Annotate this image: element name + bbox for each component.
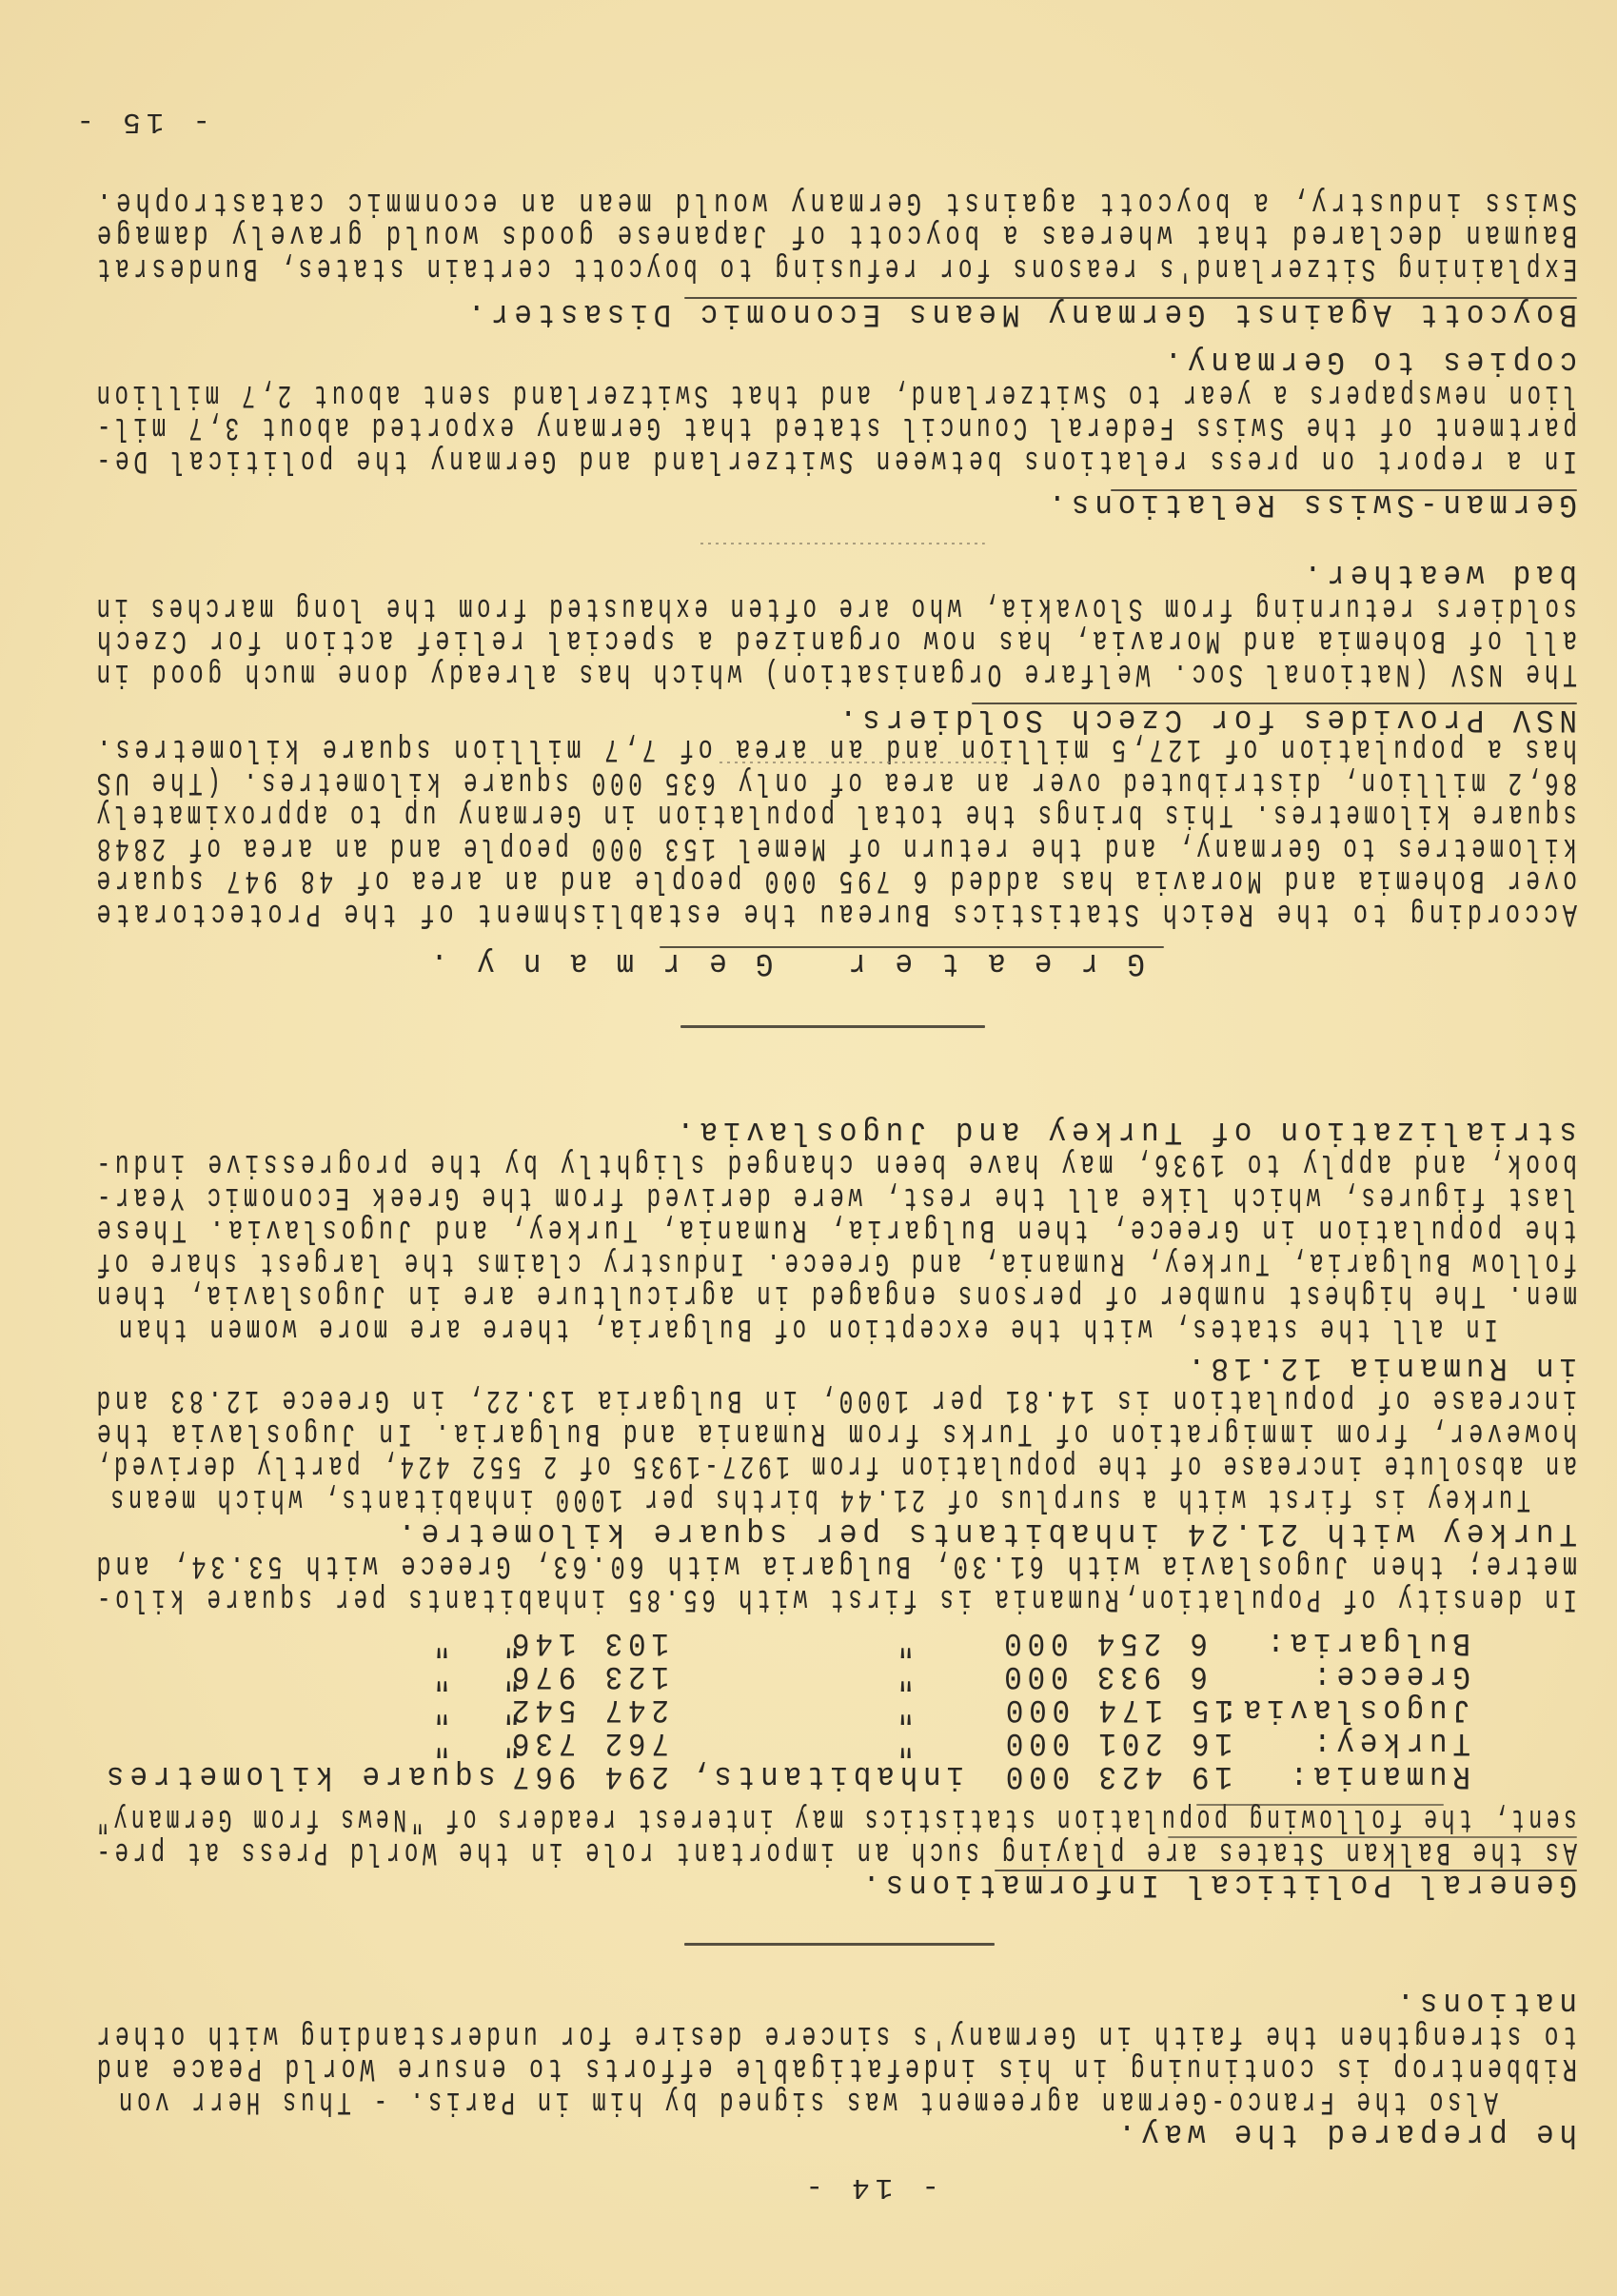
population-cell: 6 254 000 <box>998 1624 1208 1660</box>
table-row: Turkey: 16 201 000 " 762 736 " " <box>0 1724 1617 1760</box>
paragraph-line: metre; then Jugoslavia with 61.30, Bulga… <box>360 1547 1577 1584</box>
population-cell: 15 174 000 <box>1000 1691 1232 1727</box>
paragraph-line: Turkey is first with a surplus of 21.44 … <box>439 1479 1577 1516</box>
section-separator <box>684 1943 995 1946</box>
heading-underline <box>1111 489 1577 491</box>
paragraph-line: 86,2 million, distributed over an area o… <box>405 762 1577 800</box>
heading-underline <box>684 297 1577 299</box>
table-row: Bulgaria: 6 254 000 " 103 146 " " <box>0 1624 1617 1660</box>
paragraph-line: nations. <box>92 1984 1577 2021</box>
population-cell: 19 423 000 <box>1000 1757 1232 1793</box>
paragraph-line: last figures, which like all the rest, w… <box>405 1178 1577 1215</box>
country-cell: Jugoslavia: <box>1215 1691 1470 1727</box>
table-row: Jugoslavia: 15 174 000 " 247 542 " " <box>0 1691 1617 1727</box>
area-unit-cell: " " <box>427 1691 521 1727</box>
paragraph-line: increase of population is 14.81 per 1000… <box>390 1381 1577 1418</box>
paragraph-line: In all the states, with the exception of… <box>413 1309 1577 1346</box>
population-unit-cell: " <box>892 1691 915 1727</box>
paragraph-line: book, and apply to 1936, may have been c… <box>390 1145 1577 1182</box>
paragraph-line: all of Bohemia and Moravia, has now orga… <box>376 622 1577 659</box>
density-paragraph: In density of Population,Rumania is firs… <box>92 1516 1577 1615</box>
country-cell: Turkey: <box>1308 1724 1470 1760</box>
population-cell: 16 201 000 <box>1000 1724 1232 1760</box>
paragraph-line: Also the Franco-German agreement was sig… <box>413 2082 1577 2119</box>
paragraph-line: lion newspapers a year to Switzerland, a… <box>420 375 1577 412</box>
area-cell: 123 976 <box>506 1657 669 1693</box>
heading-underline <box>660 946 1164 948</box>
section-separator <box>700 543 985 544</box>
document-page: - 14 - he prepared the way. Also the Fra… <box>0 0 1617 2296</box>
population-unit-cell: " <box>892 1724 915 1760</box>
area-cell: 247 542 <box>506 1691 669 1727</box>
boycott-paragraph: Explaining Sitzerland's reasons for refu… <box>92 186 1577 285</box>
area-cell: 103 146 <box>506 1624 669 1660</box>
paragraph-line: over Bohemia and Moravia has added 6 795… <box>390 861 1577 899</box>
paragraph-line: Ribbentrop is continuing in his indefati… <box>376 2049 1577 2087</box>
paragraph-line: Turkey with 21.24 inhabitants per square… <box>92 1514 1577 1551</box>
section-heading-nsv: NSV Provides for Czech Soldiers. <box>834 701 1577 737</box>
area-cell: 762 736 <box>506 1724 669 1760</box>
paragraph-line: follow Bulgaria, Turkey, Rumania, and Gr… <box>420 1243 1577 1280</box>
area-cell: 294 967 <box>506 1757 669 1793</box>
area-unit-cell: " " <box>427 1724 521 1760</box>
section-heading-greater-germany: G r e a t e r G e r m a n y . <box>425 944 1146 980</box>
population-unit-cell: inhabitants, <box>685 1757 964 1793</box>
paragraph-line: Swiss industry, a boycott against German… <box>345 183 1577 220</box>
page-number-15: - 15 - <box>71 105 210 137</box>
section-separator <box>719 762 1004 763</box>
population-unit-cell: " <box>892 1624 915 1660</box>
paragraph-line: in Rumania 12.18. <box>92 1348 1577 1385</box>
paragraph-line: Bauman declared that whereas a boycott o… <box>345 216 1577 253</box>
table-row: Rumania: 19 423 000 inhabitants, 294 967… <box>0 1757 1617 1793</box>
paragraph-line: to strengthen the faith in Germany's sin… <box>390 2016 1577 2053</box>
underline-following <box>1196 1804 1444 1806</box>
underline-balkan-states <box>1168 1836 1577 1838</box>
paragraph-line: According to the Reich Statistics Bureau… <box>360 894 1577 931</box>
paragraph-line: The NSV (National Soc. Welfare Organisat… <box>390 654 1577 691</box>
paragraph-line: As the Balkan States are playing such an… <box>420 1832 1577 1870</box>
paragraph-line: strialization of Turkey and Jugoslavia. <box>92 1112 1577 1149</box>
paragraph-line: partment of the Swiss Federal Council st… <box>405 408 1577 445</box>
population-cell: 6 933 000 <box>998 1657 1208 1693</box>
paragraph-line: In density of Population,Rumania is firs… <box>405 1579 1577 1616</box>
german-swiss-paragraph: In a report on press relations between S… <box>92 345 1577 476</box>
paragraph-line: soldiers returning from Slovakia, who ar… <box>420 588 1577 625</box>
heading-underline <box>972 703 1577 704</box>
paragraph-line: Explaining Sitzerland's reasons for refu… <box>405 248 1577 286</box>
balkan-intro: As the Balkan States are playing such an… <box>92 1802 1577 1868</box>
paragraph-line: In a report on press relations between S… <box>390 441 1577 478</box>
country-cell: Greece: <box>1308 1657 1470 1693</box>
ribbentrop-paragraph: Also the Franco-German agreement was sig… <box>92 1986 1577 2117</box>
paragraph-line: however, from immigration of Turks from … <box>376 1414 1577 1451</box>
section-heading-boycott: Boycott Against Germany Means Economic D… <box>463 295 1577 331</box>
paragraph-line: the population in Greece, then Bulgaria,… <box>376 1211 1577 1248</box>
paragraph-line: copies to Germany. <box>92 343 1577 380</box>
women-agriculture-paragraph: In all the states, with the exception of… <box>92 1115 1577 1345</box>
area-unit-cell: square kilometres <box>101 1757 496 1793</box>
nsv-paragraph: The NSV (National Soc. Welfare Organisat… <box>92 558 1577 689</box>
table-row: Greece: 6 933 000 " 123 976 " " <box>0 1657 1617 1693</box>
page-number-14: - 14 - <box>800 2170 939 2203</box>
country-cell: Bulgaria: <box>1261 1624 1470 1660</box>
continuation-line: he prepared the way. <box>1113 2115 1577 2151</box>
section-separator <box>680 1025 985 1028</box>
paragraph-line: square kilometres. This brings the total… <box>420 796 1577 833</box>
paragraph-line: bad weather. <box>92 556 1577 593</box>
population-unit-cell: " <box>892 1657 915 1693</box>
country-cell: Rumania: <box>1285 1757 1470 1793</box>
paragraph-line: kilometres to Germany, and the return of… <box>405 828 1577 865</box>
births-paragraph: Turkey is first with a surplus of 21.44 … <box>92 1351 1577 1515</box>
area-unit-cell: " " <box>427 1624 521 1660</box>
area-unit-cell: " " <box>427 1657 521 1693</box>
paragraph-line: an absolute increase of the population f… <box>433 1447 1577 1484</box>
paragraph-line: men. The highest number of persons engag… <box>405 1277 1577 1314</box>
